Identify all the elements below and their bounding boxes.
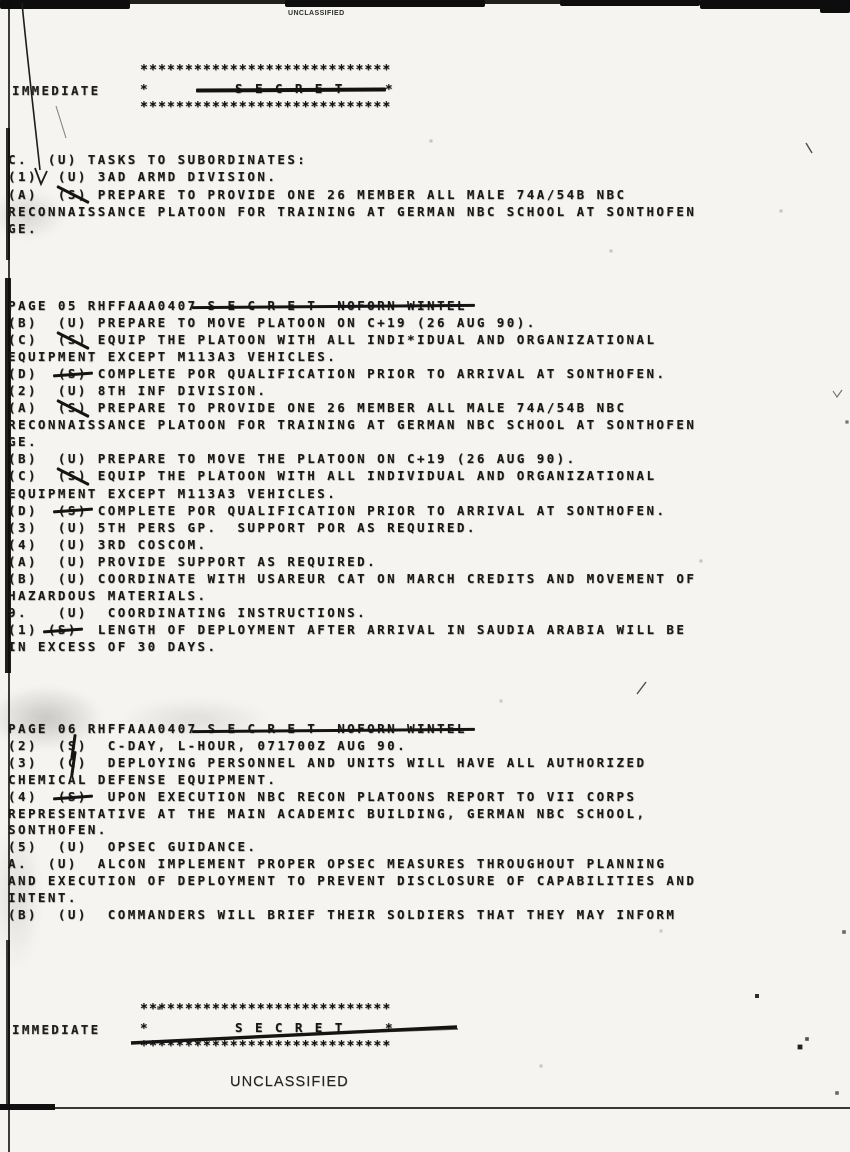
document-line: GE. [8, 220, 696, 237]
text-segment: CHEMICAL DEFENSE EQUIPMENT. [8, 772, 277, 787]
asterisk: * [385, 1021, 393, 1035]
document-line: INTENT. [8, 890, 696, 907]
document-line: (3) (U) 5TH PERS GP. SUPPORT POR AS REQU… [8, 519, 696, 536]
classification-label: S E C R E T [235, 1021, 345, 1035]
stray-mark [637, 682, 646, 694]
text-segment: EQUIP THE PLATOON WITH ALL INDIVIDUAL AN… [88, 468, 657, 483]
text-segment: EQUIPMENT EXCEPT M113A3 VEHICLES. [8, 486, 337, 501]
document-line: (B) (U) PREPARE TO MOVE THE PLATOON ON C… [8, 450, 696, 467]
crease-line-faint [56, 106, 66, 138]
document-line: (4) (U) 3RD COSCOM. [8, 536, 696, 553]
scan-blotch [285, 0, 485, 7]
paragraph-block-page06: PAGE 06 RHFFAAA0407 S E C R E T NOFORN W… [8, 721, 696, 924]
scan-rule-bottom-thick [0, 1104, 55, 1110]
text-segment: REPRESENTATIVE AT THE MAIN ACADEMIC BUIL… [8, 806, 646, 821]
document-line: CHEMICAL DEFENSE EQUIPMENT. [8, 772, 696, 789]
classification-row: * S E C R E T * [140, 1021, 396, 1035]
document-line: (B) (U) COMMANDERS WILL BRIEF THEIR SOLD… [8, 907, 696, 924]
text-segment: (D) [8, 503, 58, 518]
asterisk-row: **************************** [140, 1003, 391, 1016]
text-segment: (3) (U) 5TH PERS GP. SUPPORT POR AS REQU… [8, 520, 477, 535]
text-segment: EQUIP THE PLATOON WITH ALL INDI*IDUAL AN… [88, 332, 657, 347]
document-line: (2) (U) 8TH INF DIVISION. [8, 382, 696, 399]
text-segment: RECONNAISSANCE PLATOON FOR TRAINING AT G… [8, 417, 696, 432]
document-page: UNCLASSIFIED IMMEDIATE *****************… [0, 0, 850, 1152]
struck-classification-marking: (S) [58, 399, 88, 416]
text-segment: (C) [8, 468, 58, 483]
document-line: (4) (S) UPON EXECUTION NBC RECON PLATOON… [8, 789, 696, 806]
document-line: GE. [8, 433, 696, 450]
text-segment: INTENT. [8, 890, 78, 905]
text-segment: LENGTH OF DEPLOYMENT AFTER ARRIVAL IN SA… [78, 622, 687, 637]
unclassified-stamp-top: UNCLASSIFIED [288, 10, 345, 17]
struck-classification-marking: S E C R E T NOFORN WINTEL [208, 721, 467, 738]
text-segment: SONTHOFEN. [8, 822, 108, 837]
text-segment: (1) [8, 622, 48, 637]
text-segment: (B) (U) PREPARE TO MOVE PLATOON ON C+19 … [8, 315, 537, 330]
paragraph-block-tasks: C. (U) TASKS TO SUBORDINATES:(1) (U) 3AD… [8, 151, 696, 237]
struck-classification-marking: (S) [58, 789, 88, 806]
text-segment: PAGE 05 RHFFAAA0407 [8, 298, 208, 313]
document-line: (A) (U) PROVIDE SUPPORT AS REQUIRED. [8, 553, 696, 570]
document-line: SONTHOFEN. [8, 822, 696, 839]
text-segment: UPON EXECUTION NBC RECON PLATOONS REPORT… [88, 789, 637, 804]
document-line: (D) (S) COMPLETE POR QUALIFICATION PRIOR… [8, 502, 696, 519]
text-segment: (A) [8, 187, 58, 202]
document-line: (D) (S) COMPLETE POR QUALIFICATION PRIOR… [8, 365, 696, 382]
document-line: (B) (U) COORDINATE WITH USAREUR CAT ON M… [8, 570, 696, 587]
text-segment: 9. (U) COORDINATING INSTRUCTIONS. [8, 605, 367, 620]
asterisk: * [140, 1021, 148, 1035]
asterisk: * [140, 82, 148, 96]
text-segment: AND EXECUTION OF DEPLOYMENT TO PREVENT D… [8, 873, 696, 888]
document-line: (1) (S) LENGTH OF DEPLOYMENT AFTER ARRIV… [8, 621, 696, 638]
asterisk-row: **************************** [140, 1040, 391, 1053]
document-line: HAZARDOUS MATERIALS. [8, 587, 696, 604]
text-segment: C. (U) TASKS TO SUBORDINATES: [8, 152, 307, 167]
text-segment: (2) [8, 738, 58, 753]
scan-blotch [820, 0, 850, 13]
classification-banner-bottom: **************************** * S E C R E… [140, 1003, 396, 1057]
document-line: (3) (C) DEPLOYING PERSONNEL AND UNITS WI… [8, 755, 696, 772]
text-segment: COMPLETE POR QUALIFICATION PRIOR TO ARRI… [88, 503, 667, 518]
precedence-label-top: IMMEDIATE [12, 83, 100, 98]
precedence-label-bottom: IMMEDIATE [12, 1022, 100, 1037]
text-segment: GE. [8, 221, 38, 236]
text-segment: (3) [8, 755, 58, 770]
text-segment: (A) (U) PROVIDE SUPPORT AS REQUIRED. [8, 554, 377, 569]
text-segment: GE. [8, 434, 38, 449]
document-line: PAGE 06 RHFFAAA0407 S E C R E T NOFORN W… [8, 721, 696, 738]
text-segment: (B) (U) COMMANDERS WILL BRIEF THEIR SOLD… [8, 907, 676, 922]
document-line: C. (U) TASKS TO SUBORDINATES: [8, 151, 696, 168]
document-line: (C) (S) EQUIP THE PLATOON WITH ALL INDI*… [8, 331, 696, 348]
document-line: EQUIPMENT EXCEPT M113A3 VEHICLES. [8, 485, 696, 502]
text-segment: (4) [8, 789, 58, 804]
text-segment: (4) (U) 3RD COSCOM. [8, 537, 208, 552]
scan-blotch [0, 0, 130, 9]
text-segment: (5) (U) OPSEC GUIDANCE. [8, 839, 257, 854]
scan-rule-bottom [0, 1107, 850, 1109]
stray-mark [806, 143, 812, 153]
unclassified-stamp-bottom: UNCLASSIFIED [230, 1074, 349, 1090]
stray-mark [833, 390, 842, 397]
document-line: A. (U) ALCON IMPLEMENT PROPER OPSEC MEAS… [8, 856, 696, 873]
document-line: (2) (S) C-DAY, L-HOUR, 071700Z AUG 90. [8, 738, 696, 755]
text-segment: (D) [8, 366, 58, 381]
paragraph-block-page05: PAGE 05 RHFFAAA0407 S E C R E T NOFORN W… [8, 297, 696, 655]
document-line: EQUIPMENT EXCEPT M113A3 VEHICLES. [8, 348, 696, 365]
asterisk: * [385, 82, 393, 96]
text-segment: COMPLETE POR QUALIFICATION PRIOR TO ARRI… [88, 366, 667, 381]
struck-classification-marking: (C) [58, 755, 88, 772]
text-segment: RECONNAISSANCE PLATOON FOR TRAINING AT G… [8, 204, 696, 219]
text-segment: (B) (U) PREPARE TO MOVE THE PLATOON ON C… [8, 451, 577, 466]
struck-classification-marking: (S) [58, 502, 88, 519]
text-segment: (A) [8, 400, 58, 415]
text-segment: PREPARE TO PROVIDE ONE 26 MEMBER ALL MAL… [88, 400, 627, 415]
document-line: RECONNAISSANCE PLATOON FOR TRAINING AT G… [8, 203, 696, 220]
text-segment: DEPLOYING PERSONNEL AND UNITS WILL HAVE … [88, 755, 647, 770]
struck-classification-marking: (S) [58, 331, 88, 348]
document-line: RECONNAISSANCE PLATOON FOR TRAINING AT G… [8, 416, 696, 433]
text-segment: (B) (U) COORDINATE WITH USAREUR CAT ON M… [8, 571, 696, 586]
text-segment: (1) (U) 3AD ARMD DIVISION. [8, 169, 277, 184]
document-line: (A) (S) PREPARE TO PROVIDE ONE 26 MEMBER… [8, 399, 696, 416]
document-line: 9. (U) COORDINATING INSTRUCTIONS. [8, 604, 696, 621]
text-segment: HAZARDOUS MATERIALS. [8, 588, 208, 603]
struck-classification-marking: (S) [58, 365, 88, 382]
scan-speckle [0, 0, 2, 2]
document-line: REPRESENTATIVE AT THE MAIN ACADEMIC BUIL… [8, 806, 696, 823]
document-line: (1) (U) 3AD ARMD DIVISION. [8, 168, 696, 185]
text-segment: PAGE 06 RHFFAAA0407 [8, 721, 208, 736]
document-line: (C) (S) EQUIP THE PLATOON WITH ALL INDIV… [8, 467, 696, 484]
classification-banner-top: **************************** * S E C R E… [140, 64, 396, 118]
text-segment: (2) (U) 8TH INF DIVISION. [8, 383, 267, 398]
text-segment: C-DAY, L-HOUR, 071700Z AUG 90. [88, 738, 407, 753]
struck-classification-marking: (S) [58, 467, 88, 484]
document-line: PAGE 05 RHFFAAA0407 S E C R E T NOFORN W… [8, 297, 696, 314]
text-segment: IN EXCESS OF 30 DAYS. [8, 639, 218, 654]
document-line: (5) (U) OPSEC GUIDANCE. [8, 839, 696, 856]
document-line: AND EXECUTION OF DEPLOYMENT TO PREVENT D… [8, 873, 696, 890]
text-segment: (C) [8, 332, 58, 347]
asterisk-row: **************************** [140, 64, 391, 77]
struck-classification-marking: (S) [48, 621, 78, 638]
struck-classification-marking: S E C R E T NOFORN WINTEL [208, 297, 467, 314]
document-line: (A) (S) PREPARE TO PROVIDE ONE 26 MEMBER… [8, 186, 696, 203]
asterisk-row: **************************** [140, 101, 391, 114]
scan-blotch [560, 0, 700, 6]
text-segment: A. (U) ALCON IMPLEMENT PROPER OPSEC MEAS… [8, 856, 666, 871]
text-segment: EQUIPMENT EXCEPT M113A3 VEHICLES. [8, 349, 337, 364]
document-line: (B) (U) PREPARE TO MOVE PLATOON ON C+19 … [8, 314, 696, 331]
document-line: IN EXCESS OF 30 DAYS. [8, 638, 696, 655]
struck-classification-marking: (S) [58, 186, 88, 203]
text-segment: PREPARE TO PROVIDE ONE 26 MEMBER ALL MAL… [88, 187, 627, 202]
